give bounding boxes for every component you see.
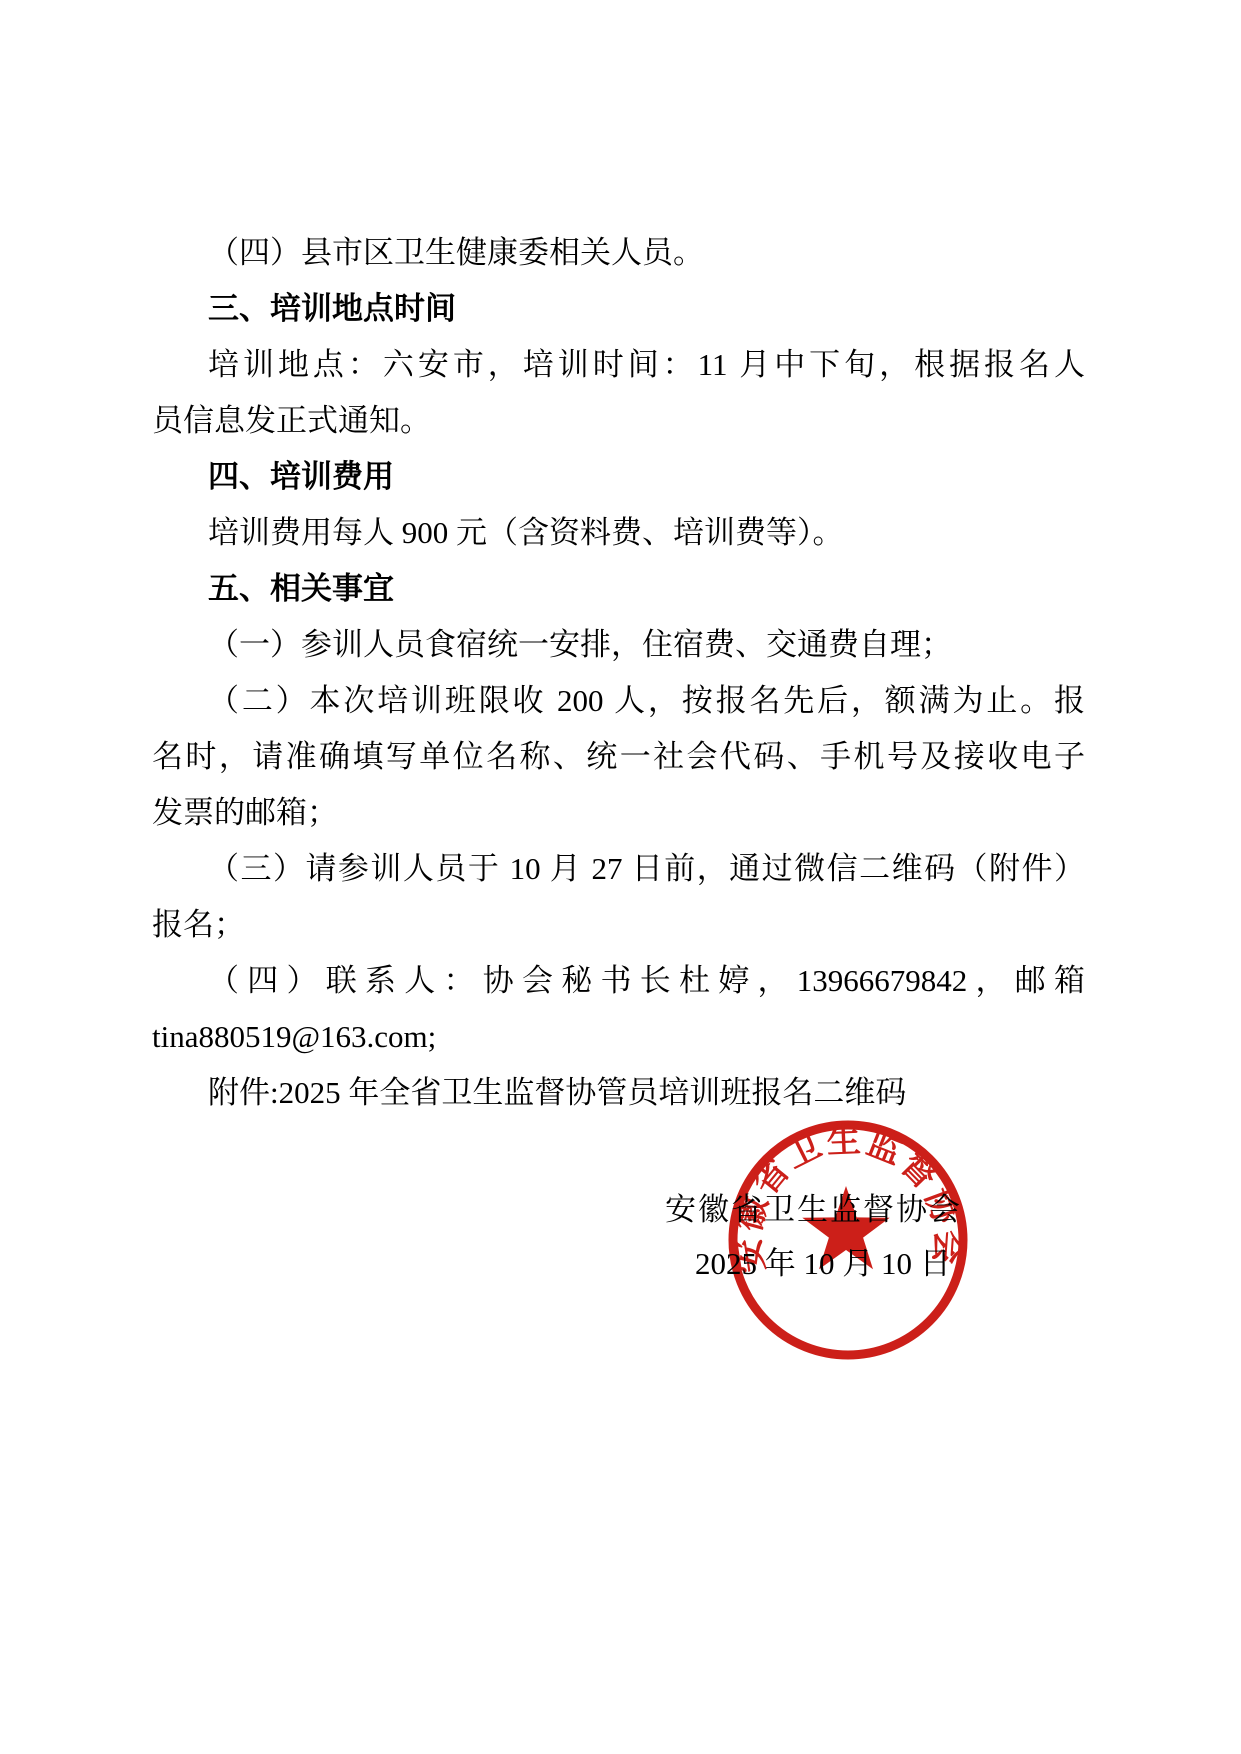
official-seal: 安徽省卫生监督协会 <box>716 1108 980 1372</box>
text-line: tina880519@163.com; <box>152 1009 1085 1065</box>
text-line: 三、培训地点时间 <box>152 281 1085 337</box>
text-line: 四、培训费用 <box>152 449 1085 505</box>
text-line: 发票的邮箱； <box>152 785 1085 841</box>
text-line: 五、相关事宜 <box>152 561 1085 617</box>
text-line: 培训地点：六安市，培训时间：11 月中下旬，根据报名人 <box>152 337 1085 393</box>
text-line: 名时，请准确填写单位名称、统一社会代码、手机号及接收电子 <box>152 729 1085 785</box>
document-page: （四）县市区卫生健康委相关人员。三、培训地点时间培训地点：六安市，培训时间：11… <box>0 0 1241 1754</box>
text-line: （二）本次培训班限收 200 人，按报名先后，额满为止。报 <box>152 673 1085 729</box>
document-body: （四）县市区卫生健康委相关人员。三、培训地点时间培训地点：六安市，培训时间：11… <box>152 225 1085 1121</box>
text-line: （三）请参训人员于 10 月 27 日前，通过微信二维码（附件） <box>152 841 1085 897</box>
text-line: 报名； <box>152 897 1085 953</box>
text-line: 员信息发正式通知。 <box>152 393 1085 449</box>
text-line: 培训费用每人 900 元（含资料费、培训费等）。 <box>152 505 1085 561</box>
text-line: （四）县市区卫生健康委相关人员。 <box>152 225 1085 281</box>
text-line: （四）联系人：协会秘书长杜婷，13966679842，邮箱 <box>152 953 1085 1009</box>
seal-star-icon <box>802 1186 889 1269</box>
text-line: （一）参训人员食宿统一安排，住宿费、交通费自理； <box>152 617 1085 673</box>
